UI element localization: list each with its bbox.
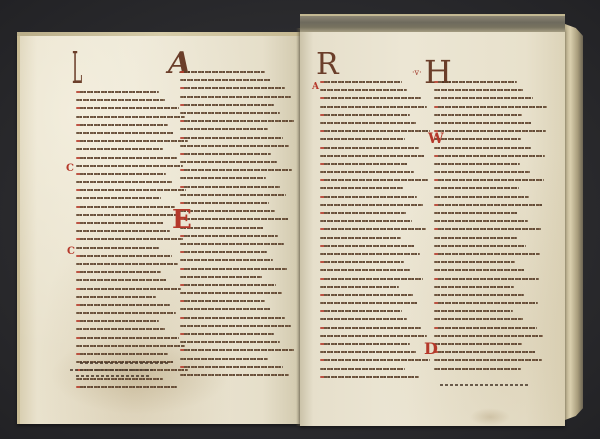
text-line (320, 106, 427, 108)
text-line (320, 163, 408, 165)
text-line (180, 284, 276, 286)
right-page: ·v· R A H W D (300, 28, 565, 426)
text-line (434, 196, 529, 198)
text-line (76, 345, 185, 347)
left-column-b (180, 71, 292, 382)
text-line (76, 222, 164, 224)
text-line (320, 130, 430, 132)
text-line (76, 353, 168, 355)
text-line (434, 261, 515, 263)
text-line (320, 97, 421, 99)
text-line (434, 187, 519, 189)
manuscript-photo: L C C A E ·v· R A H W D (0, 0, 600, 439)
text-line (320, 286, 399, 288)
text-line (180, 259, 273, 261)
text-line (76, 296, 156, 298)
text-line (320, 294, 413, 296)
text-line (180, 292, 282, 294)
text-line (76, 91, 159, 93)
text-line (320, 187, 403, 189)
text-line (76, 107, 179, 109)
text-line (320, 196, 417, 198)
text-line (180, 333, 274, 335)
text-line (180, 218, 289, 220)
text-line (320, 318, 407, 320)
text-line (434, 179, 544, 181)
text-line (180, 137, 283, 139)
text-line (320, 171, 414, 173)
text-line (320, 220, 412, 222)
text-line (76, 304, 170, 306)
left-page: L C C A E (17, 35, 305, 424)
marginal-note (76, 375, 151, 377)
text-line (180, 366, 283, 368)
text-line (76, 288, 181, 290)
text-line (76, 189, 186, 191)
text-line (434, 253, 540, 255)
right-column-b (434, 81, 544, 376)
text-line (180, 96, 291, 98)
folio-mark: ·v· (412, 68, 422, 77)
text-line (180, 202, 269, 204)
text-line (76, 173, 166, 175)
text-line (180, 374, 289, 376)
text-line (434, 359, 542, 361)
text-line (180, 358, 268, 360)
initial-r: R (316, 50, 339, 80)
text-line (434, 318, 523, 320)
text-line (180, 227, 264, 229)
text-line (180, 104, 274, 106)
text-line (180, 128, 268, 130)
marginal-note (440, 384, 530, 386)
text-line (180, 251, 267, 253)
text-line (76, 279, 167, 281)
text-line (434, 204, 543, 206)
red-paragraph-mark: C (67, 247, 75, 257)
text-line (320, 278, 423, 280)
text-line (76, 386, 177, 388)
text-line (434, 310, 513, 312)
text-line (76, 337, 179, 339)
text-line (434, 269, 525, 271)
text-line (434, 163, 520, 165)
text-line (180, 243, 284, 245)
text-line (180, 210, 275, 212)
text-line (180, 87, 285, 89)
text-line (434, 245, 526, 247)
text-line (320, 359, 430, 361)
text-line (434, 220, 528, 222)
text-line (434, 368, 521, 370)
text-line (320, 81, 402, 83)
text-line (180, 169, 292, 171)
text-line (434, 327, 537, 329)
text-line (180, 341, 280, 343)
text-line (320, 261, 404, 263)
text-line (320, 351, 416, 353)
text-line (434, 237, 517, 239)
red-paragraph-mark: A (312, 83, 319, 92)
text-line (76, 312, 176, 314)
text-line (434, 106, 547, 108)
text-line (180, 308, 271, 310)
text-line (434, 147, 531, 149)
text-line (434, 286, 514, 288)
text-line (320, 269, 410, 271)
text-line (320, 147, 419, 149)
text-line (434, 155, 545, 157)
text-line (434, 122, 532, 124)
text-line (76, 328, 165, 330)
text-line (434, 212, 518, 214)
text-line (76, 238, 183, 240)
page-stack-edge (565, 24, 583, 420)
text-line (320, 335, 427, 337)
text-line (320, 368, 405, 370)
text-line (76, 181, 172, 183)
text-line (320, 204, 423, 206)
text-line (434, 89, 523, 91)
text-line (180, 268, 287, 270)
text-line (76, 247, 159, 249)
text-line (320, 122, 416, 124)
text-line (180, 276, 262, 278)
text-line (180, 300, 265, 302)
text-line (434, 138, 521, 140)
text-line (76, 206, 175, 208)
text-line (434, 343, 522, 345)
text-line (434, 114, 522, 116)
text-line (320, 228, 426, 230)
text-line (180, 112, 280, 114)
text-line (320, 114, 410, 116)
text-line (180, 79, 271, 81)
text-line (180, 349, 294, 351)
text-line (76, 157, 177, 159)
text-line (434, 81, 517, 83)
text-line (320, 155, 425, 157)
text-line (320, 327, 421, 329)
text-line (320, 253, 420, 255)
text-line (434, 335, 543, 337)
text-line (320, 89, 407, 91)
red-initial-w: W (428, 132, 444, 146)
text-line (180, 145, 289, 147)
text-line (76, 116, 185, 118)
text-line (434, 351, 536, 353)
text-line (320, 245, 415, 247)
red-initial-d: D (424, 341, 438, 357)
page-top-edge (300, 14, 565, 32)
text-line (434, 228, 541, 230)
text-line (180, 235, 278, 237)
text-line (434, 278, 539, 280)
text-line (180, 161, 277, 163)
initial-l: L (72, 47, 82, 91)
text-line (320, 376, 419, 378)
text-line (434, 302, 538, 304)
text-line (76, 197, 161, 199)
text-line (180, 120, 294, 122)
text-line (76, 271, 161, 273)
text-line (76, 132, 174, 134)
text-line (76, 255, 172, 257)
text-line (434, 130, 546, 132)
text-line (180, 186, 280, 188)
text-line (434, 171, 530, 173)
text-line (320, 212, 406, 214)
text-line (180, 325, 291, 327)
text-line (320, 310, 402, 312)
text-line (320, 302, 418, 304)
text-line (180, 317, 285, 319)
right-column-a (320, 81, 428, 384)
text-line (320, 138, 405, 140)
marginal-note (70, 369, 155, 371)
text-line (180, 71, 265, 73)
text-line (76, 378, 163, 380)
left-column-a (76, 91, 186, 394)
text-line (76, 148, 163, 150)
text-line (76, 263, 178, 265)
text-line (180, 194, 286, 196)
text-line (180, 177, 266, 179)
text-line (434, 97, 533, 99)
text-line (320, 343, 410, 345)
text-line (76, 320, 159, 322)
red-paragraph-mark: C (66, 164, 74, 174)
text-line (320, 237, 401, 239)
text-line (76, 165, 183, 167)
text-line (76, 124, 168, 126)
red-initial-e: E (172, 207, 192, 233)
text-line (320, 179, 428, 181)
text-line (76, 140, 188, 142)
text-line (180, 153, 271, 155)
text-line (434, 294, 524, 296)
text-line (76, 230, 170, 232)
stain (470, 408, 510, 426)
text-line (76, 214, 181, 216)
marginal-note (80, 362, 170, 364)
text-line (76, 99, 165, 101)
